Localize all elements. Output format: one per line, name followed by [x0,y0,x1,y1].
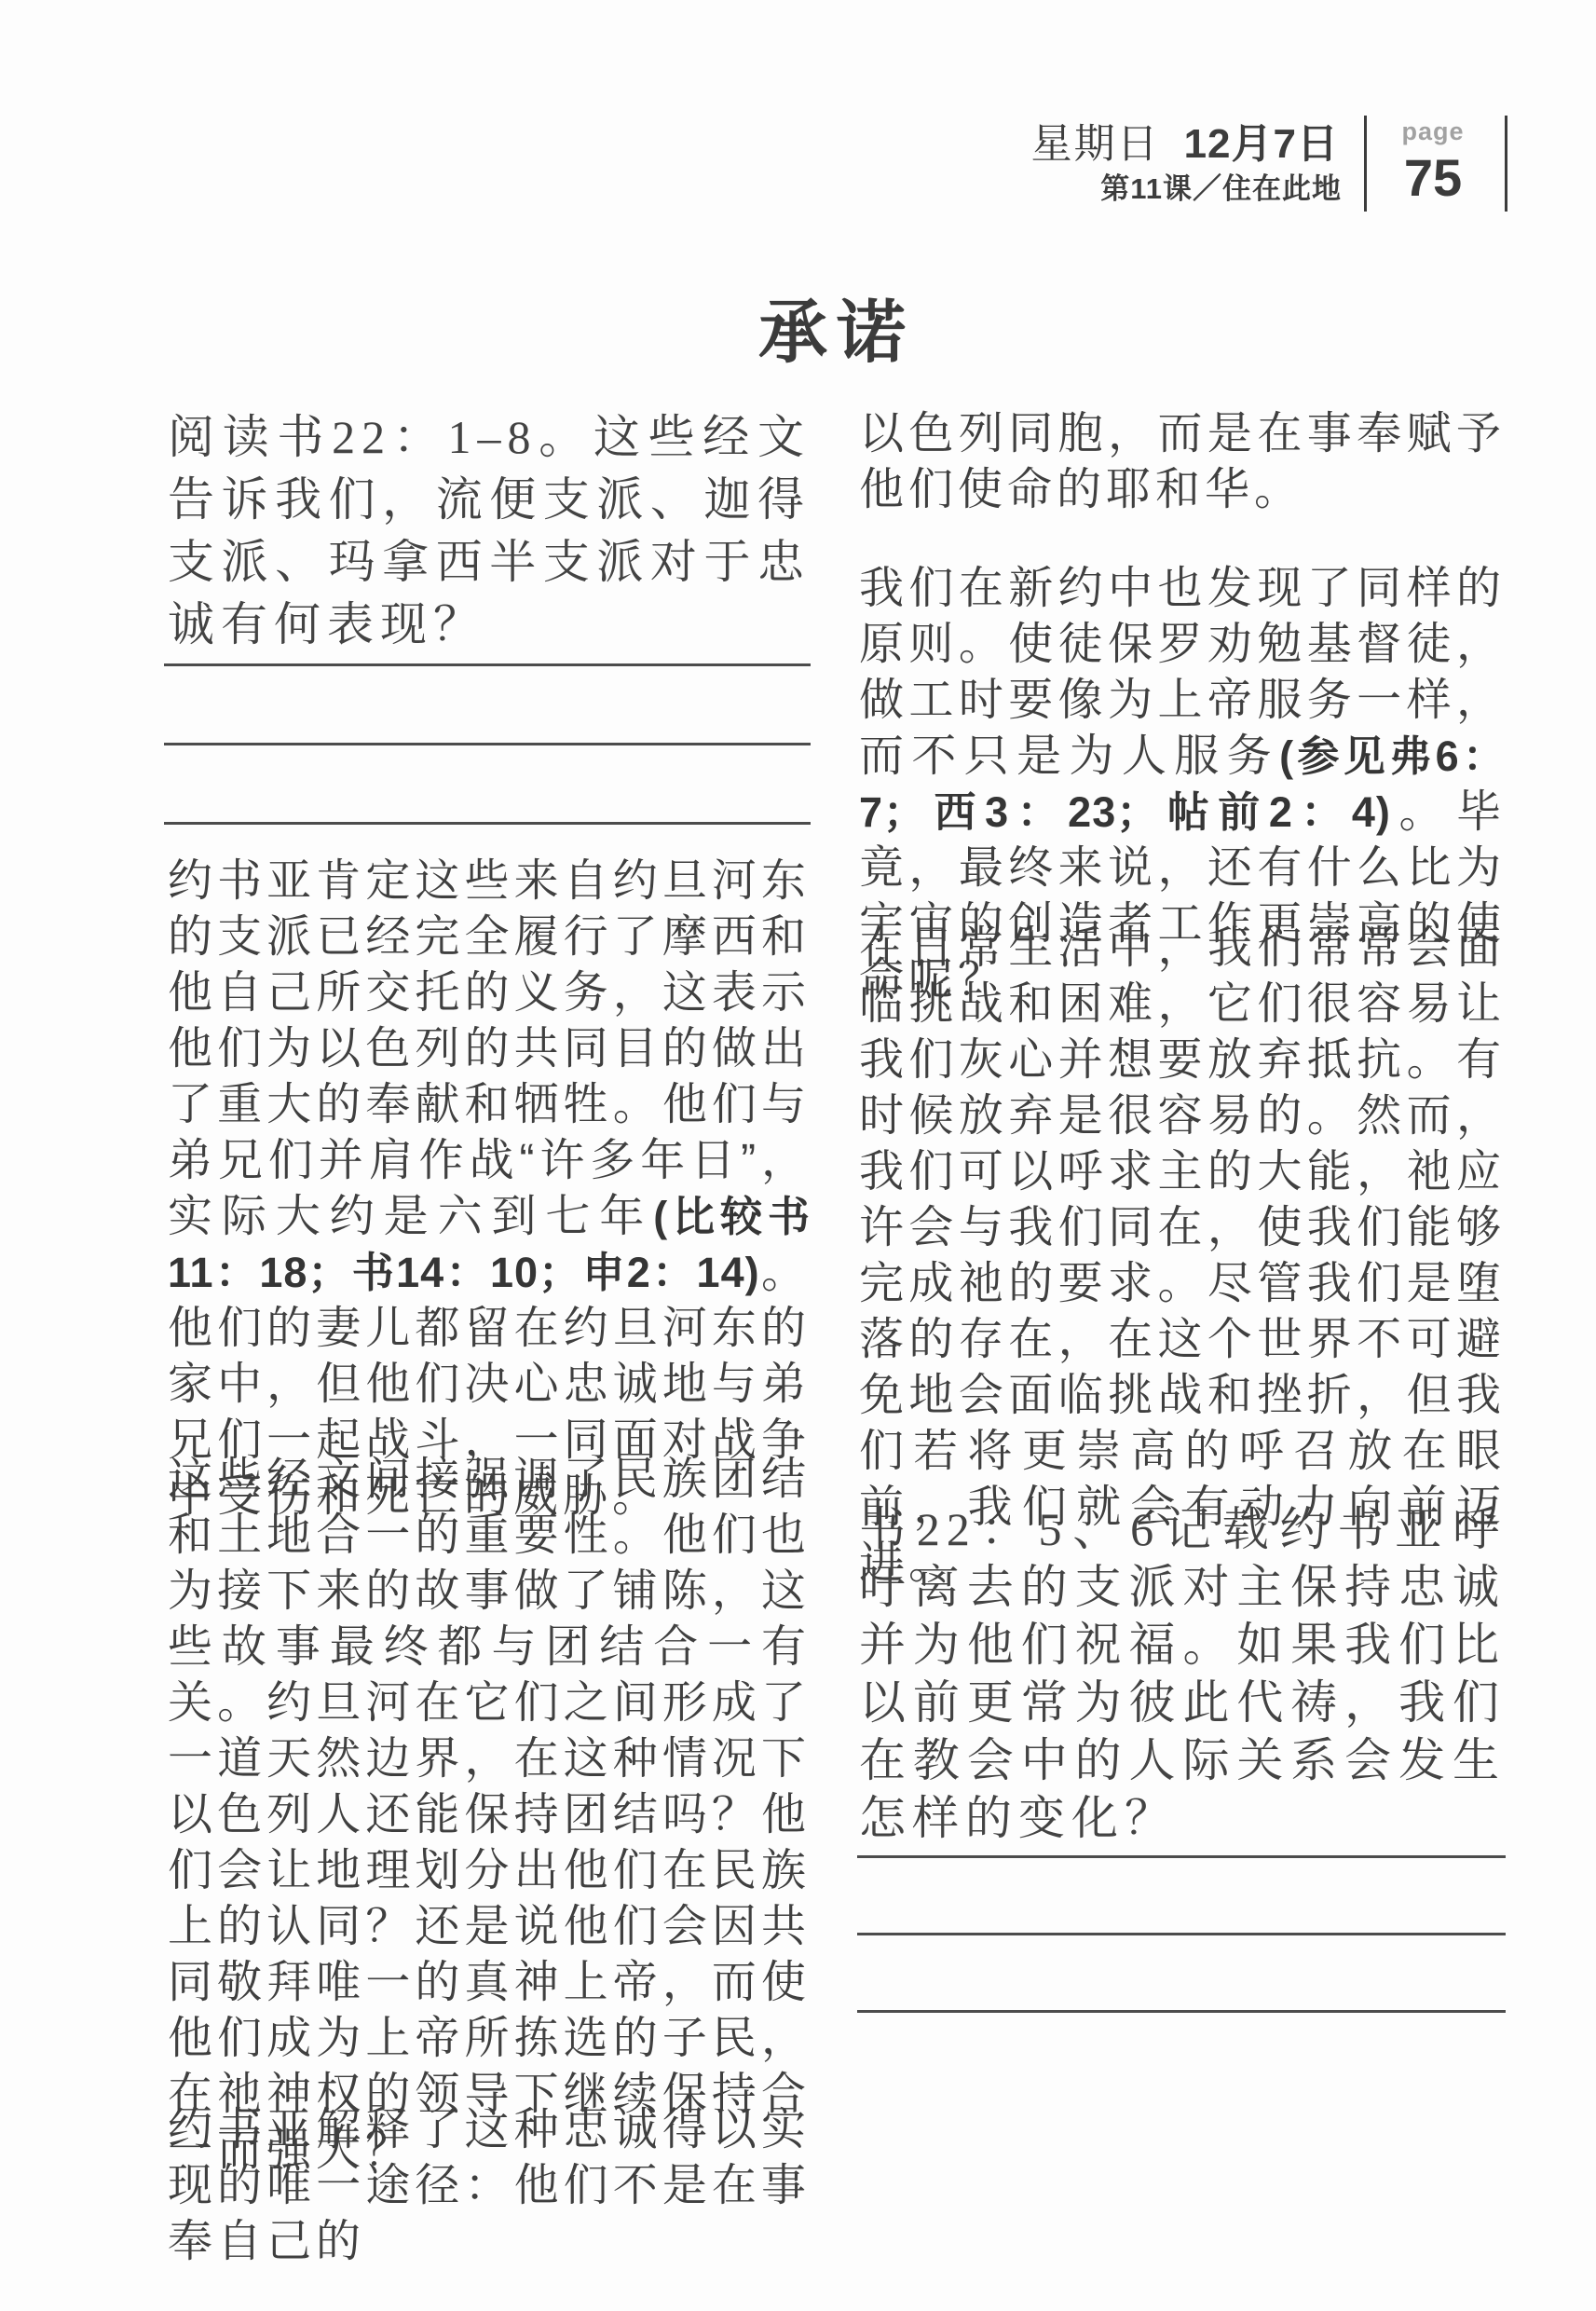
right-question-paragraph: 书22：5、6记载约书亚呼吁离去的支派对主保持忠诚并为他们祝福。如果我们比以前更… [859,1500,1506,1847]
lesson-page: 星期日12月7日 第11课／住在此地 page 75 承诺 阅读书22：1–8。… [0,0,1596,2311]
page-number: 75 [1379,147,1487,208]
left-body-paragraph-2: 这些经文间接强调了民族团结和土地合一的重要性。他们也为接下来的故事做了铺陈，这些… [168,1452,811,2179]
date-label: 12月7日 [1184,121,1339,167]
answer-line [857,1855,1506,1858]
lesson-label: 第11课／住在此地 [1100,173,1342,205]
left-body-paragraph-3: 约书亚解释了这种忠诚得以实现的唯一途径：他们不是在事奉自己的 [168,2102,811,2270]
right-body-paragraph-3: 在日常生活中，我们常常会面临挑战和困难，它们很容易让我们灰心并想要放弃抵抗。有时… [859,921,1506,1592]
left-body-paragraph-1: 约书亚肯定这些来自约旦河东的支派已经完全履行了摩西和他自己所交托的义务，这表示他… [168,854,811,1525]
header-divider-bar [1364,116,1367,212]
page-title: 承诺 [168,296,1506,371]
page-word-label: page [1379,117,1487,146]
right-body-paragraph-1: 以色列同胞，而是在事奉赋予他们使命的耶和华。 [859,406,1506,518]
answer-line [164,822,811,825]
left-question-paragraph: 阅读书22：1–8。这些经文告诉我们，流便支派、迦得支派、玛拿西半支派对于忠诚有… [168,406,811,656]
paragraph-text: 约书亚肯定这些来自约旦河东的支派已经完全履行了摩西和他自己所交托的义务，这表示他… [168,856,811,1241]
weekday-label: 星期日 [1031,121,1160,167]
header-date-line: 星期日12月7日 [1031,122,1339,167]
answer-line [164,743,811,745]
answer-line [164,663,811,666]
answer-line [857,1933,1506,1935]
answer-line [857,2010,1506,2013]
page-edge-bar [1505,116,1507,212]
